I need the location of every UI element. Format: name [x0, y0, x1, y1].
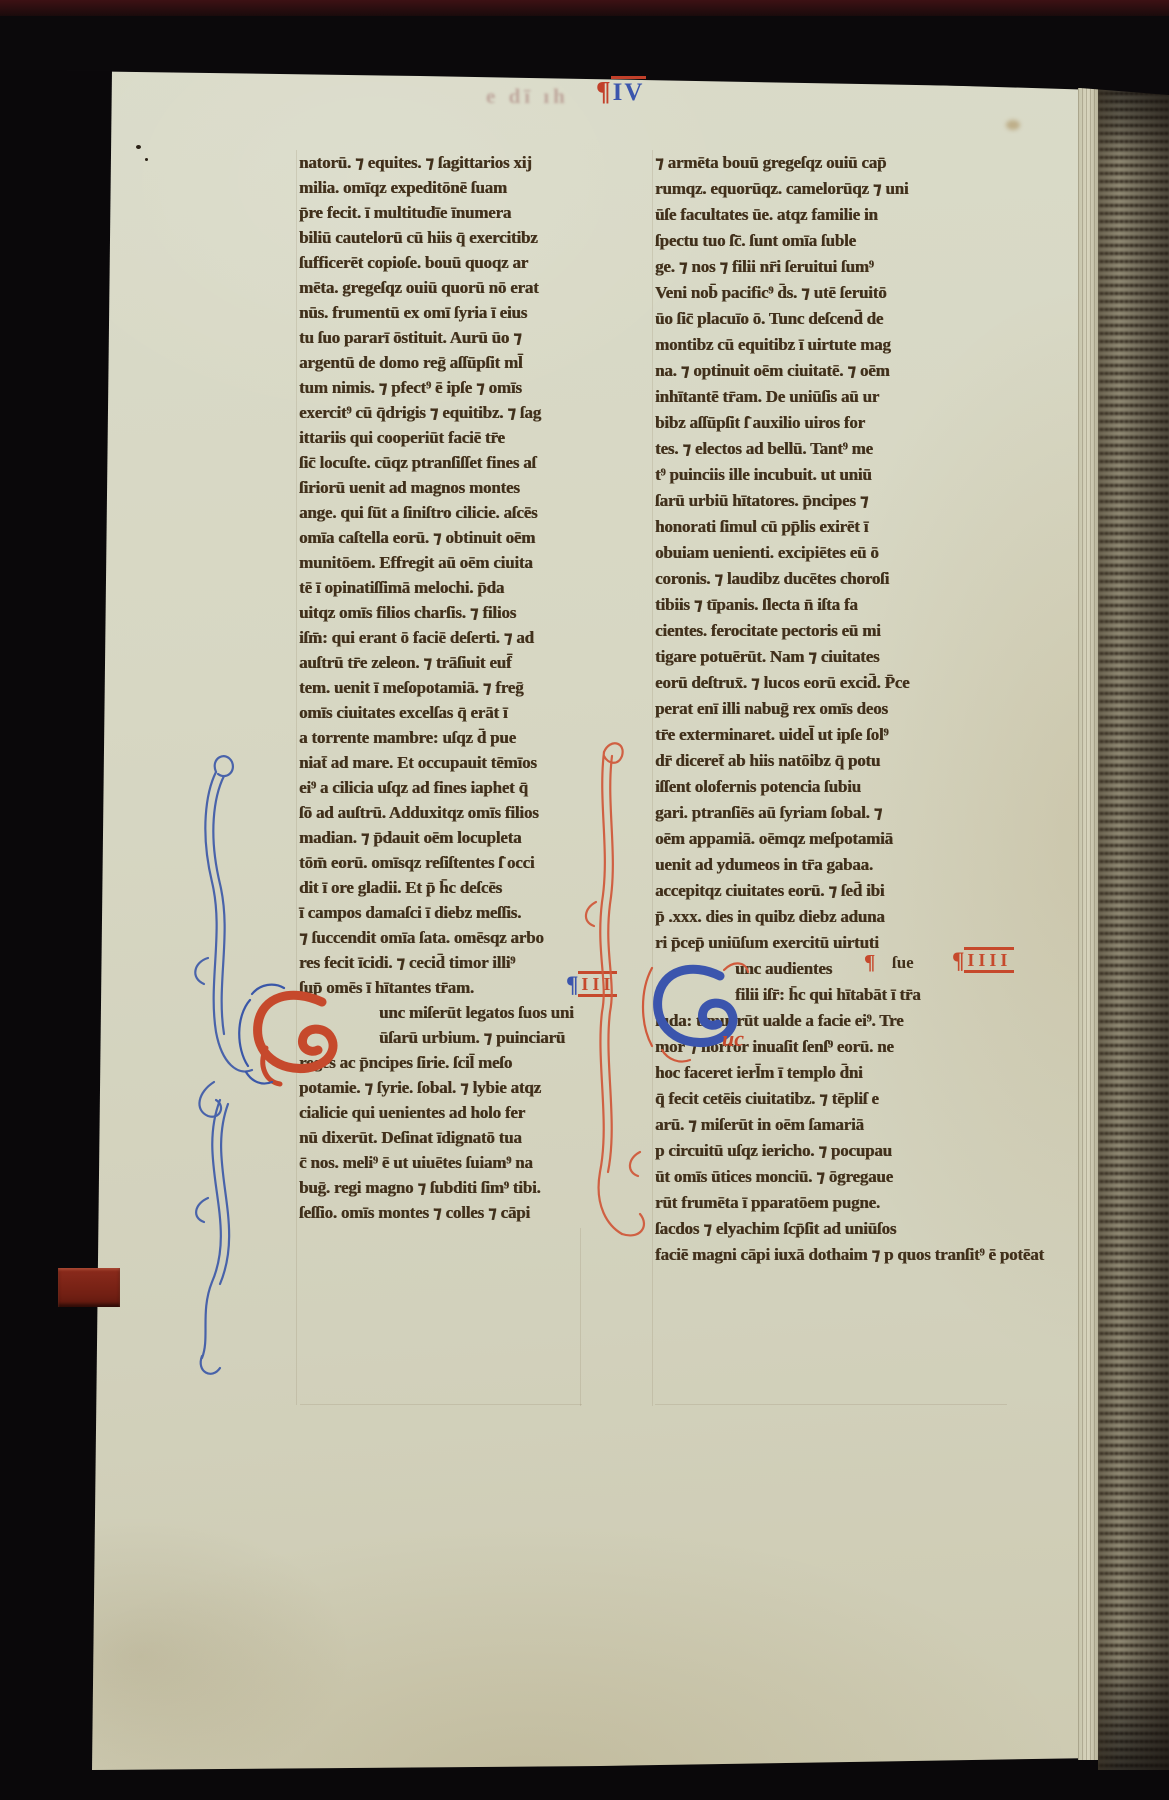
text-line: mēta. gregeſqz ouiū quorū nō erat [299, 275, 651, 300]
text-line: ſpectu tuo ſ̄c̄. ſunt omīa ſuble [655, 228, 1083, 254]
text-line: auſtrū tr̄e zeleon. ⁊ trāſiuit euf̄ [299, 650, 651, 675]
text-line: ī campos damaſci ī diebz meſſis. [299, 900, 651, 925]
text-line: ei⁹ a cilicia uſqz ad fines iaphet q̄ [299, 775, 651, 800]
paraph-mark: ¶ [952, 948, 964, 973]
text-line: tu ſuo pararī ōstituit. Aurū ūo ⁊ [299, 325, 651, 350]
text-line: unc miſerūt legatos ſuos uni [299, 1000, 651, 1025]
text-line: coronis. ⁊ laudibz ducētes choroſi [655, 566, 1083, 592]
text-line: honorati ſimul cū pp̄lis exirēt ī [655, 514, 1083, 540]
edge-shading [1098, 60, 1169, 1770]
text-line: ſarū urbiū hītatores. p̄ncipes ⁊ [655, 488, 1083, 514]
text-line: potamie. ⁊ ſyrie. ſobal. ⁊ lybie atqz [299, 1075, 651, 1100]
text-line: argentū de domo reḡ aſſūpſit ml̄ [299, 350, 651, 375]
text-line: accepitqz ciuitates eorū. ⁊ ſed̄ ibi [655, 878, 1083, 904]
text-line: tibiis ⁊ tīpanis. ſlecta n̄ iſta fa [655, 592, 1083, 618]
text-line: rūt frumēta ī pparatōem pugne. [655, 1190, 1083, 1216]
text-line: na. ⁊ optinuit oēm ciuitatē. ⁊ oēm [655, 358, 1083, 384]
text-line: ſeſſio. omīs montes ⁊ colles ⁊ cāpi [299, 1200, 651, 1225]
text-line: perat enī illi nabuḡ rex omīs deos [655, 696, 1083, 722]
bookmark-tab [58, 1268, 120, 1307]
paraph-mark: ¶ [864, 950, 875, 975]
text-line: eorū deſtrux̄. ⁊ lucos eorū excid̄. P̄ce [655, 670, 1083, 696]
text-column-right: ⁊ armēta bouū gregeſqz ouiū cap̄rumqz. e… [655, 150, 1083, 1268]
text-line: obuiam uenienti. excipiētes eū ō [655, 540, 1083, 566]
text-line: filii iſr̄: h̄c qui hītabāt ī tr̄a [655, 982, 1083, 1008]
chapter-numeral-right: ¶IIII [952, 948, 1014, 974]
chapter-number: IIII [964, 947, 1014, 973]
text-column-left: natorū. ⁊ equites. ⁊ ſagittarios xijmili… [299, 150, 651, 1225]
ruling-line [655, 1404, 1007, 1405]
next-page-showthrough [1098, 60, 1169, 1770]
text-line: madian. ⁊ p̄dauit oēm locupleta [299, 825, 651, 850]
header-numeral: IV [611, 76, 647, 106]
text-line: p̄ .xxx. dies in quibz diebz aduna [655, 904, 1083, 930]
header-offset-impression: e dī ıh [486, 84, 569, 109]
catch-word: ſue [892, 953, 914, 973]
text-line: oēm appamiā. oēmqz meſpotamiā [655, 826, 1083, 852]
text-line: iſſent olofernis potencia ſubiu [655, 774, 1083, 800]
text-line: tes. ⁊ electos ad bellū. Tant⁹ me [655, 436, 1083, 462]
paraph-mark: ¶ [566, 972, 578, 997]
text-line: Veni nob̄ pacific⁹ d̄s. ⁊ utē ſeruitō [655, 280, 1083, 306]
text-line: ſō ad auſtrū. Adduxitqz omīs filios [299, 800, 651, 825]
text-line: dr̄ diceret̄ ab hiis natōibz q̄ potu [655, 748, 1083, 774]
text-line: faciē magni cāpi iuxā dothaim ⁊ p quos t… [655, 1242, 1083, 1268]
text-line: iſm̄: qui erant ō faciē deſerti. ⁊ ad [299, 625, 651, 650]
text-line: omīa caſtella eorū. ⁊ obtinuit oēm [299, 525, 651, 550]
text-line: ſufficerēt copioſe. bouū quoqz ar [299, 250, 651, 275]
text-line: cialicie qui uenientes ad holo fer [299, 1100, 651, 1125]
text-line: buḡ. regi magno ⁊ ſubditi ſim⁹ tibi. [299, 1175, 651, 1200]
chapter-number: III [578, 971, 617, 997]
text-line: tum nimis. ⁊ pfect⁹ ē ipſe ⁊ omīs [299, 375, 651, 400]
text-line: tōm̄ eorū. omīsqz reſiſtentes ſ̄ occi [299, 850, 651, 875]
ink-speck [145, 158, 148, 161]
text-line: ūo ſic̄ placuīo ō. Tunc deſcend̄ de [655, 306, 1083, 332]
text-line: uitqz omīs filios charſis. ⁊ filios [299, 600, 651, 625]
text-line: ſiriorū uenit ad magnos montes [299, 475, 651, 500]
text-line: rumqz. equorūqz. camelorūqz ⁊ uni [655, 176, 1083, 202]
text-line: hoc faceret ierl̄m ī templo d̄ni [655, 1060, 1083, 1086]
text-line: ſic̄ locuſte. cūqz ptranſiſſet fines aſ [299, 450, 651, 475]
text-line: munitōem. Effregit aū oēm ciuita [299, 550, 651, 575]
text-line: milia. omīqz expeditōnē ſuam [299, 175, 651, 200]
text-line: t⁹ puinciis ille incubuit. ut uniū [655, 462, 1083, 488]
text-line: exercit⁹ cū q̄drigis ⁊ equitibz. ⁊ ſag [299, 400, 651, 425]
text-line: tr̄e exterminaret. uidel̄ ut ipſe ſol⁹ [655, 722, 1083, 748]
text-line: tigare potuērūt. Nam ⁊ ciuitates [655, 644, 1083, 670]
text-line: iuda: timuerūt ualde a facie ei⁹. Tre [655, 1008, 1083, 1034]
text-line: biliū cautelorū cū hiis q̄ exercitibz [299, 225, 651, 250]
text-line: ittariis qui cooperiūt faciē tr̄e [299, 425, 651, 450]
text-line: ūſarū urbium. ⁊ puinciarū [299, 1025, 651, 1050]
text-line: niat̄ ad mare. Et occupauit tēmīos [299, 750, 651, 775]
manuscript-photo: { "document": { "running_header": { "gho… [0, 0, 1169, 1800]
text-line: ūt omīs ūtices monciū. ⁊ ōgregaue [655, 1164, 1083, 1190]
text-line: tem. uenit ī meſopotamiā. ⁊ freḡ [299, 675, 651, 700]
text-line: reges ac p̄ncipes ſirie. ſcil̄ meſo [299, 1050, 651, 1075]
text-line: inhītantē tr̄am. De uniūſis aū ur [655, 384, 1083, 410]
ink-speck [136, 145, 141, 149]
text-line: p̄re fecit. ī multitudīe īnumera [299, 200, 651, 225]
text-line: ge. ⁊ nos ⁊ filii nr̄i ſeruitui ſum⁹ [655, 254, 1083, 280]
text-line: ⁊ ſuccendit omīa ſata. omēsqz arbo [299, 925, 651, 950]
text-line: ange. qui ſūt a ſiniſtro cilicie. aſcēs [299, 500, 651, 525]
ruling-line [296, 150, 297, 1405]
text-line: q̄ fecit cetēis ciuitatibz. ⁊ tēpliſ e [655, 1086, 1083, 1112]
text-line: gari. ptranſiēs aū ſyriam ſobal. ⁊ [655, 800, 1083, 826]
text-line: dit ī ore gladii. Et p̄ h̄c deſcēs [299, 875, 651, 900]
text-line: ⁊ armēta bouū gregeſqz ouiū cap̄ [655, 150, 1083, 176]
text-line: montibz cū equitibz ī uirtute mag [655, 332, 1083, 358]
chapter-numeral-left: ¶III [566, 972, 617, 998]
ruling-line [580, 1228, 581, 1406]
text-line: c̄ nos. meli⁹ ē ut uiuētes ſuiam⁹ na [299, 1150, 651, 1175]
stain-spot [1006, 120, 1020, 130]
text-line: nūs. frumentū ex omī ſyria ī eius [299, 300, 651, 325]
running-header: ¶IV [596, 76, 646, 107]
text-line: omīs ciuitates excelſas q̄ erāt ī [299, 700, 651, 725]
text-line: p circuitū uſqz iericho. ⁊ pocupau [655, 1138, 1083, 1164]
ruling-line [652, 150, 653, 1406]
text-line: a torrente mambre: uſqz d̄ pue [299, 725, 651, 750]
text-line: ſacdos ⁊ elyachim ſcp̄ſit ad uniūſos [655, 1216, 1083, 1242]
text-line: tē ī opinatiſſimā melochi. p̄da [299, 575, 651, 600]
header-paraph-mark: ¶ [596, 76, 611, 106]
ruling-line [300, 1404, 582, 1405]
text-line: uenit ad ydumeos in tr̄a gabaa. [655, 852, 1083, 878]
text-line: arū. ⁊ miſerūt in oēm ſamariā [655, 1112, 1083, 1138]
text-line: mor ⁊ horror inuaſit ſenſ⁹ eorū. ne [655, 1034, 1083, 1060]
text-line: ūſe facultates ūe. atqz familie in [655, 202, 1083, 228]
text-line: cientes. ferocitate pectoris eū mi [655, 618, 1083, 644]
text-line: natorū. ⁊ equites. ⁊ ſagittarios xij [299, 150, 651, 175]
binding-top-edge [0, 0, 1169, 16]
text-line: bibz aſſūpſit ſ̄ auxilio uiros for [655, 410, 1083, 436]
text-line: nū dixerūt. Deſinat īdignatō tua [299, 1125, 651, 1150]
